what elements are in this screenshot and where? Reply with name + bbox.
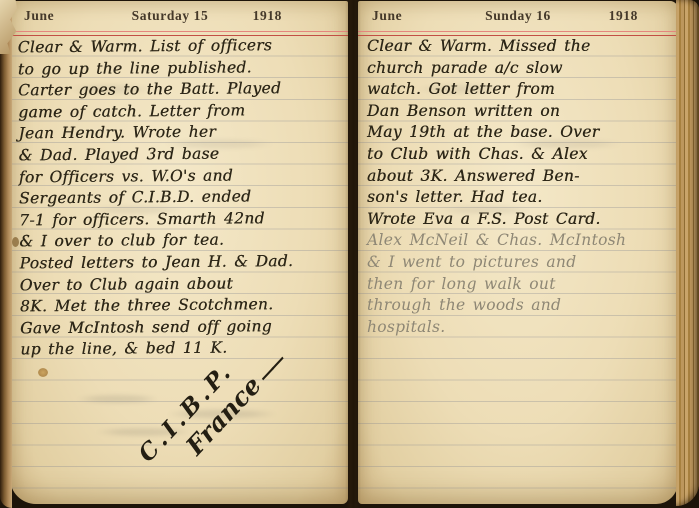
- page-header: June Sunday 16 1918: [358, 1, 678, 31]
- entry-line: about 3K. Answered Ben-: [358, 166, 678, 188]
- entry-line: watch. Got letter from: [358, 79, 678, 101]
- paper-stain: [38, 368, 48, 377]
- book-gutter-shadow: [345, 0, 361, 508]
- entry-line: game of catch. Letter from: [10, 99, 347, 124]
- entry-line: Clear & Warm. Missed the: [358, 36, 678, 58]
- entry-line: for Officers vs. W.O's and: [10, 164, 348, 189]
- pencil-line: then for long walk out: [358, 274, 678, 296]
- entry-line: up the line, & bed 11 K.: [11, 337, 348, 362]
- pencil-line: Alex McNeil & Chas. McIntosh: [358, 230, 678, 252]
- page-content: Clear & Warm. Missed the church parade a…: [358, 35, 678, 504]
- entry-line: May 19th at the base. Over: [358, 122, 678, 144]
- entry-line: 7-1 for officers. Smarth 42nd: [10, 207, 348, 232]
- handwritten-entry: Clear & Warm. Missed the church parade a…: [358, 35, 678, 338]
- entry-line: church parade a/c slow: [358, 58, 678, 80]
- entry-line: Posted letters to Jean H. & Dad.: [10, 250, 348, 275]
- entry-line: & I over to club for tea.: [10, 229, 348, 254]
- page-header: June Saturday 15 1918: [10, 1, 348, 31]
- entry-line: to Club with Chas. & Alex: [358, 144, 678, 166]
- pencil-line: hospitals.: [358, 317, 678, 339]
- entry-line: Over to Club again about: [11, 272, 348, 297]
- pencil-line: through the woods and: [358, 295, 678, 317]
- entry-line: son's letter. Had tea.: [358, 187, 678, 209]
- entry-line: & Dad. Played 3rd base: [10, 142, 348, 167]
- diary-photo: June Saturday 15 1918 Clear & Warm. List…: [0, 0, 699, 508]
- entry-line: Jean Hendry. Wrote her: [10, 121, 348, 146]
- year-label: 1918: [253, 8, 282, 24]
- year-label: 1918: [609, 8, 638, 24]
- entry-line: Carter goes to the Batt. Played: [10, 78, 347, 103]
- page-stack-edge: [676, 0, 699, 506]
- entry-line: Wrote Eva a F.S. Post Card.: [358, 209, 678, 231]
- pencil-line: & I went to pictures and: [358, 252, 678, 274]
- paper-speck: [12, 237, 19, 247]
- entry-line: 8K. Met the three Scotchmen.: [11, 294, 348, 319]
- diary-page-sunday: June Sunday 16 1918 Clear & Warm. Missed…: [358, 1, 678, 504]
- day-label: Saturday 15: [10, 8, 348, 24]
- handwritten-entry: Clear & Warm. List of officers to go up …: [10, 34, 348, 362]
- entry-line: Gave McIntosh send off going: [11, 315, 348, 340]
- entry-line: Clear & Warm. List of officers: [10, 35, 347, 60]
- spine-torn-edge: [0, 0, 12, 508]
- diary-page-saturday: June Saturday 15 1918 Clear & Warm. List…: [10, 1, 348, 504]
- entry-line: Sergeants of C.I.B.D. ended: [10, 186, 348, 211]
- entry-line: Dan Benson written on: [358, 101, 678, 123]
- entry-line: to go up the line published.: [10, 56, 347, 81]
